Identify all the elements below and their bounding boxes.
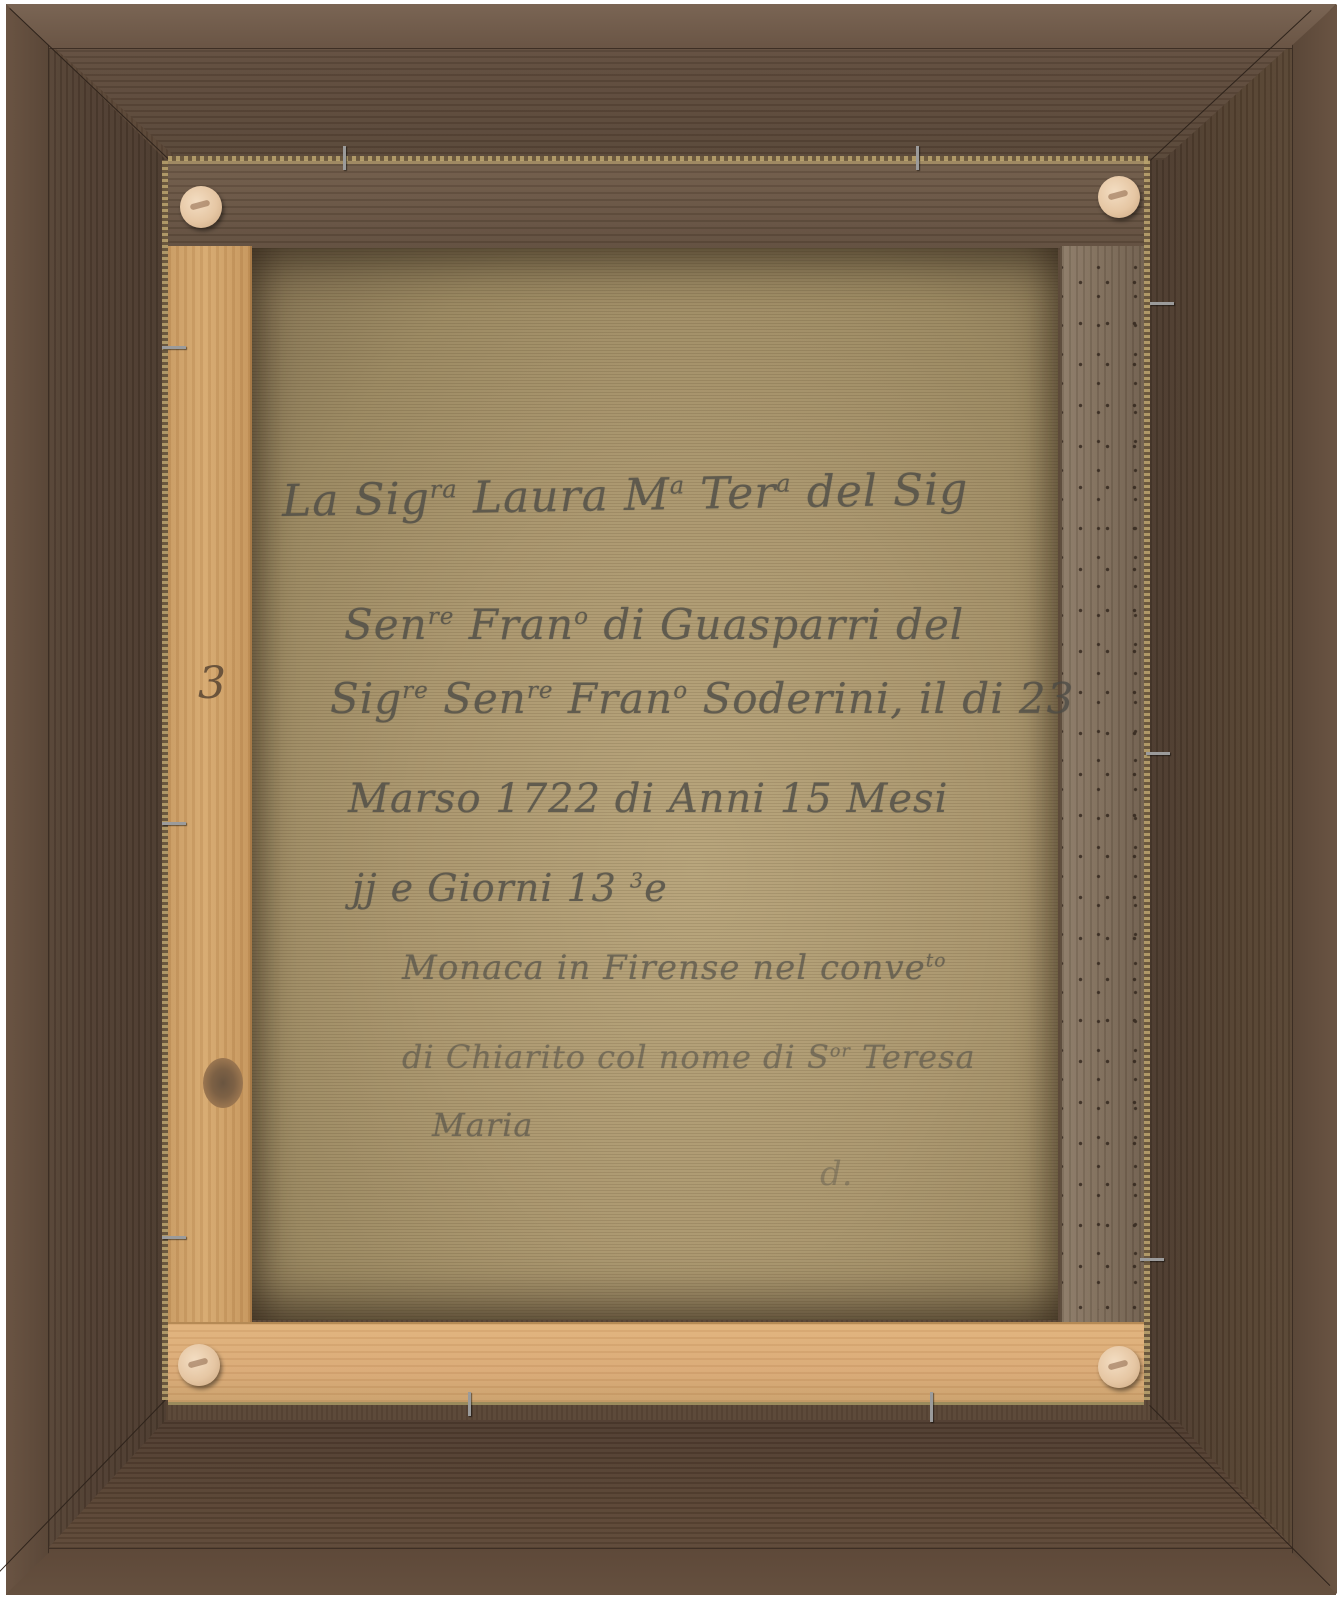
inscription-text: Fran — [554, 674, 674, 723]
inscription-superscript: a — [669, 471, 685, 499]
faint-ink-mark: d. — [820, 1154, 853, 1194]
staple — [343, 146, 346, 170]
staple — [930, 1392, 933, 1422]
staple — [1140, 1258, 1164, 1261]
inscription-superscript: 3 — [630, 868, 644, 892]
inscription-superscript: re — [527, 678, 554, 704]
inscription-text: Monaca in Firense nel conve — [402, 948, 926, 988]
inscription-text: Soderini, il di 23 — [688, 674, 1074, 723]
inscription-text: e — [644, 866, 668, 910]
woodworm-holes — [1062, 250, 1142, 1310]
painting-reverse-photo: 3 La Sigra Laura Ma Tera del Sig Senre F… — [0, 0, 1341, 1600]
inscription-text: di Guasparri del — [589, 600, 964, 649]
inscription-text: del Sig — [791, 464, 969, 518]
inscription-text: Maria — [432, 1106, 533, 1144]
inscription-text: Sen — [429, 674, 527, 723]
stretcher-bottom-bar — [168, 1322, 1144, 1405]
inscription-text: Laura M — [457, 469, 670, 524]
inscription-line-5: jj e Giorni 13 3e — [352, 866, 668, 910]
stretcher-top-bar — [168, 160, 1148, 250]
inscription-text: di Chiarito col nome di S — [402, 1038, 830, 1076]
inscription-text: Teresa — [851, 1038, 976, 1076]
inscription-superscript: to — [926, 951, 947, 972]
inscription-line-1: La Sigra Laura Ma Tera del Sig — [282, 464, 969, 527]
inscription-line-2: Senre Frano di Guasparri del — [344, 600, 964, 649]
inscription-line-3: Sigre Senre Frano Soderini, il di 23 — [330, 674, 1074, 723]
inscription-text: Sen — [344, 600, 428, 649]
staple — [1150, 302, 1174, 305]
canvas-tacking-edge-right — [1144, 160, 1150, 1400]
inscription-line-4: Marso 1722 di Anni 15 Mesi — [348, 776, 948, 822]
staple — [1146, 752, 1170, 755]
inscription-text: Marso 1722 di Anni 15 Mesi — [348, 776, 948, 822]
inscription-superscript: a — [776, 469, 792, 497]
inscription-superscript: o — [574, 604, 589, 630]
frame-right-outer-strip — [1292, 4, 1337, 1594]
inscription-line-7: di Chiarito col nome di Sor Teresa — [402, 1038, 976, 1076]
inscription-line-6: Monaca in Firense nel conveto — [402, 948, 946, 988]
inscription-text: Sig — [330, 674, 402, 723]
stretcher-left-bar — [168, 246, 252, 1322]
inscription-text: La Sig — [282, 473, 431, 527]
cork-key-top-left — [180, 186, 222, 228]
inscription-text: jj e Giorni 13 — [352, 866, 630, 910]
inscription-line-8: Maria — [432, 1106, 533, 1144]
cork-key-bottom-right — [1098, 1346, 1140, 1388]
canvas-tacking-edge-top — [168, 156, 1148, 161]
wood-knot — [203, 1058, 243, 1108]
pencil-inventory-number: 3 — [198, 658, 226, 709]
staple — [468, 1392, 471, 1416]
frame-bottom-outer-strip — [6, 1548, 1336, 1595]
inscription-text: Ter — [685, 467, 777, 520]
inscription-superscript: re — [428, 604, 455, 630]
inscription-superscript: o — [673, 678, 688, 704]
staple — [162, 822, 186, 825]
canvas-back: La Sigra Laura Ma Tera del Sig Senre Fra… — [252, 248, 1058, 1320]
inscription-superscript: re — [402, 678, 429, 704]
cork-key-top-right — [1098, 176, 1140, 218]
staple — [162, 1236, 186, 1239]
inscription-superscript: ra — [429, 475, 457, 503]
frame-left-outer-strip — [6, 4, 49, 1594]
cork-key-bottom-left — [178, 1344, 220, 1386]
inscription: La Sigra Laura Ma Tera del Sig Senre Fra… — [252, 248, 1058, 1320]
staple — [916, 146, 919, 170]
inscription-superscript: or — [830, 1041, 851, 1061]
frame-top-outer-strip — [6, 4, 1336, 49]
staple — [162, 346, 186, 349]
inscription-text: Fran — [454, 600, 574, 649]
